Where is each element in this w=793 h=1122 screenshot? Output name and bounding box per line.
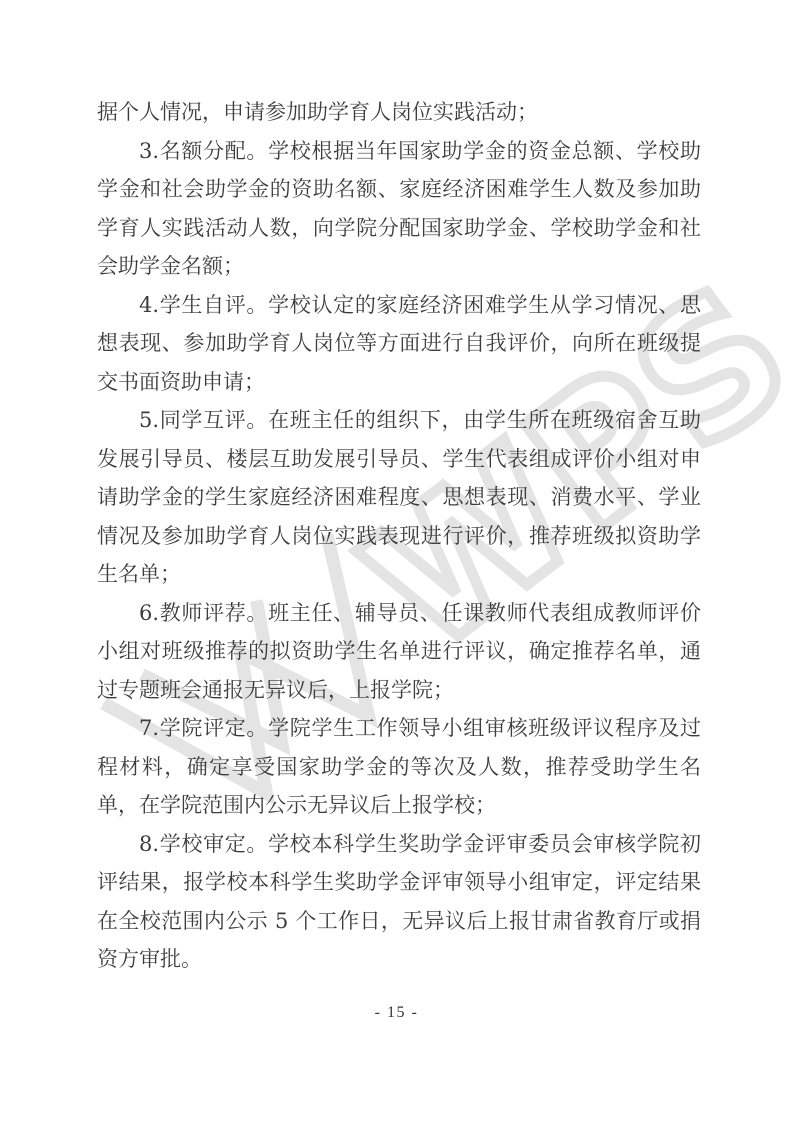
document-page: WPS 据个人情况，申请参加助学育人岗位实践活动； 3.名额分配。学校根据当年国…	[0, 0, 793, 1122]
paragraph-continuation: 据个人情况，申请参加助学育人岗位实践活动；	[97, 93, 701, 132]
paragraph-item-6: 6.教师评荐。班主任、辅导员、任课教师代表组成教师评价小组对班级推荐的拟资助学生…	[97, 594, 701, 710]
paragraph-item-3: 3.名额分配。学校根据当年国家助学金的资金总额、学校助学金和社会助学金的资助名额…	[97, 132, 701, 286]
paragraph-item-7: 7.学院评定。学院学生工作领导小组审核班级评议程序及过程材料，确定享受国家助学金…	[97, 709, 701, 825]
page-number: - 15 -	[0, 1004, 793, 1022]
document-body: 据个人情况，申请参加助学育人岗位实践活动； 3.名额分配。学校根据当年国家助学金…	[97, 93, 701, 979]
paragraph-item-5: 5.同学互评。在班主任的组织下，由学生所在班级宿舍互助发展引导员、楼层互助发展引…	[97, 401, 701, 594]
paragraph-item-4: 4.学生自评。学校认定的家庭经济困难学生从学习情况、思想表现、参加助学育人岗位等…	[97, 286, 701, 402]
paragraph-item-8: 8.学校审定。学校本科学生奖助学金评审委员会审核学院初评结果，报学校本科学生奖助…	[97, 825, 701, 979]
